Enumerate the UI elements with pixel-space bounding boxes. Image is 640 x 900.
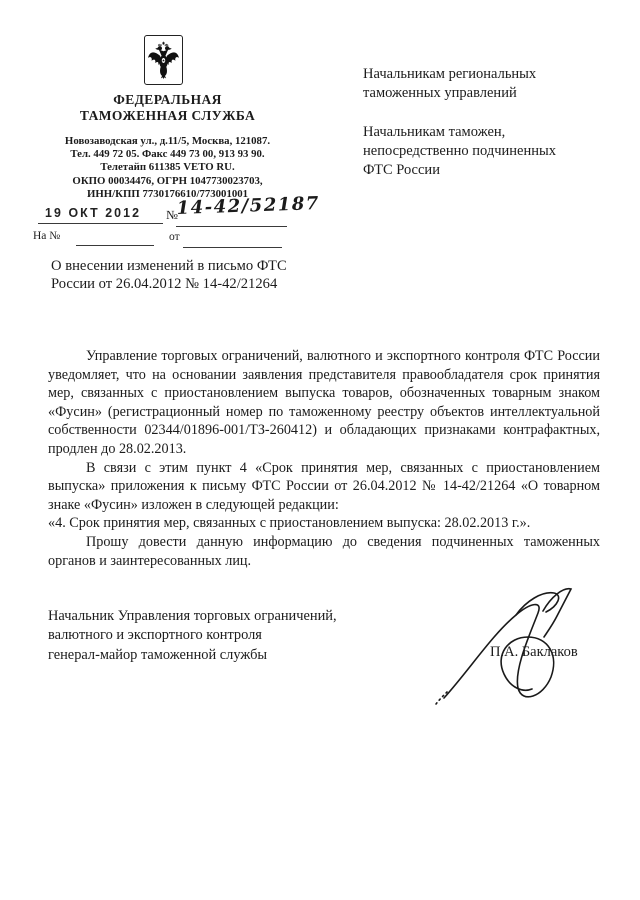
emblem-frame — [144, 35, 183, 85]
double-headed-eagle-icon — [147, 39, 180, 82]
org-name: ФЕДЕРАЛЬНАЯ ТАМОЖЕННАЯ СЛУЖБА — [40, 92, 295, 123]
ruled-line — [38, 223, 163, 224]
ruled-line — [183, 247, 282, 248]
body-paragraph: Управление торговых ограничений, валютно… — [48, 347, 600, 459]
subject-line: О внесении изменений в письмо ФТС России… — [51, 257, 371, 294]
address-line: Новозаводская ул., д.11/5, Москва, 12108… — [40, 135, 295, 148]
address-line: Телетайп 611385 VETO RU. — [40, 161, 295, 174]
outgoing-number-handwritten: 14-42/52187 — [176, 193, 320, 219]
signer-title: Начальник Управления торговых ограничени… — [48, 607, 378, 665]
recipient-block-customs: Начальникам таможен, непосредственно под… — [363, 123, 613, 180]
signer-name: П.А. Баклаков — [490, 644, 578, 661]
body-paragraph: «4. Срок принятия мер, связанных с приос… — [48, 514, 600, 533]
recipient-block-regional: Начальникам региональных таможенных упра… — [363, 65, 613, 103]
document-page: ФЕДЕРАЛЬНАЯ ТАМОЖЕННАЯ СЛУЖБА Новозаводс… — [0, 0, 640, 900]
date-stamp: 19 ОКТ 2012 — [45, 205, 141, 220]
ruled-line — [76, 245, 154, 246]
letter-body: Управление торговых ограничений, валютно… — [48, 347, 600, 570]
address-line: Тел. 449 72 05. Факс 449 73 00, 913 93 9… — [40, 148, 295, 161]
ruled-line — [176, 226, 287, 227]
reply-date-label: от — [169, 231, 180, 243]
address-line: ОКПО 00034476, ОГРН 1047730023703, — [40, 175, 295, 188]
address-block: Новозаводская ул., д.11/5, Москва, 12108… — [40, 135, 295, 201]
body-paragraph: В связи с этим пункт 4 «Срок принятия ме… — [48, 459, 600, 515]
reply-number-label: На № — [33, 230, 60, 242]
body-paragraph: Прошу довести данную информацию до сведе… — [48, 533, 600, 570]
